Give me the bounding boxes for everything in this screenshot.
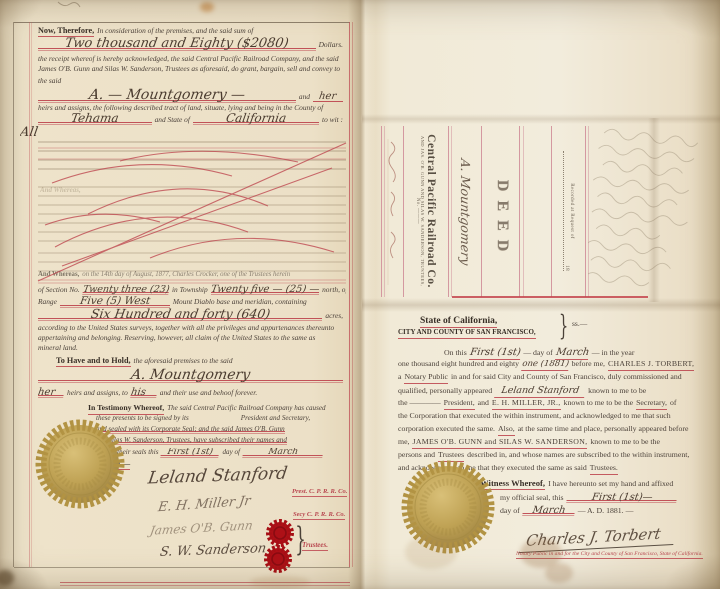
- notary-line-8: me, JAMES O'B. GUNN and SILAS W. SANDERS…: [398, 438, 704, 449]
- docket-deed-label: DEED: [493, 180, 511, 260]
- same-time-text: at the same time and place, personally a…: [518, 425, 689, 434]
- also-text: Also,: [498, 425, 515, 436]
- witness-year-text: — A. D. 1881. —: [578, 507, 634, 516]
- state-heading-text: State of California,: [420, 316, 497, 328]
- notary-line-3: a Notary Public in and for said City and…: [398, 373, 704, 384]
- docket-grantee-handwriting: A. Mountgomery: [459, 158, 474, 267]
- day-of-text: — day of: [523, 349, 552, 358]
- witness-day-of-text: day of: [500, 507, 520, 516]
- a-text: a: [398, 373, 401, 382]
- witness-text: I have hereunto set my hand and affixed: [548, 480, 673, 489]
- deed-scan: Now, Therefore, In consideration of the …: [0, 0, 720, 589]
- notary-line-7: corporation executed the same. Also, at …: [398, 425, 704, 436]
- county-heading: CITY AND COUNTY OF SAN FRANCISCO,: [398, 329, 568, 339]
- docket-rule: [403, 126, 404, 297]
- the-dash-text: the ————: [398, 399, 441, 408]
- secretary-text: Secretary,: [636, 399, 667, 410]
- docket-recorded-label: Recorded at Request of: [570, 183, 575, 239]
- before-me-text: before me,: [572, 360, 605, 369]
- me-text: me,: [398, 438, 409, 447]
- and-text: and: [478, 399, 489, 408]
- known-text: known to me to be: [588, 387, 646, 396]
- on-this-text: On this: [444, 349, 467, 358]
- ss-brace: }: [559, 310, 568, 342]
- gunn-sanderson-names: JAMES O'B. GUNN and SILAS W. SANDERSON,: [412, 438, 587, 449]
- notary-name: CHARLES J. TORBERT,: [608, 360, 694, 371]
- official-seal-text: my official seal, this: [500, 494, 564, 503]
- docket-deed-column: DEED: [485, 150, 519, 290]
- known-trustees-text: known to me to be the: [590, 438, 660, 447]
- described-text: described in, and whose names are subscr…: [467, 451, 689, 460]
- commissioned-text: in and for said City and County of San F…: [451, 373, 682, 382]
- year-words-text: one thousand eight hundred and eighty: [398, 360, 519, 369]
- docket-trustees-line: AND JAS. O'B. GUNN AND SILAS W. SANDERSO…: [420, 136, 425, 286]
- corporation-text: the Corporation that executed the within…: [398, 412, 671, 421]
- in-the-year-text: — in the year: [592, 349, 635, 358]
- notary-public-text: Notary Public: [404, 373, 448, 384]
- docket-rule: [451, 126, 452, 297]
- miller-name: E. H. MILLER, JR.,: [492, 399, 561, 410]
- docket-lot-column: [385, 134, 402, 290]
- county-heading-text: CITY AND COUNTY OF SAN FRANCISCO,: [398, 329, 536, 339]
- docket-handwriting-squiggle: [388, 137, 400, 287]
- docket-grantee-column: A. Mountgomery: [453, 138, 479, 286]
- stain-top: [200, 2, 214, 12]
- ss-label-line: ss.—: [572, 320, 612, 328]
- notary-line-6: the Corporation that executed the within…: [398, 412, 704, 421]
- docket-number-label: No. ———: [415, 198, 420, 224]
- state-heading: State of California,: [420, 316, 570, 328]
- witness-line-2: my official seal, this First (1st)—: [500, 492, 680, 503]
- stain-under-seal: [405, 535, 457, 569]
- trustees-word-2: Trustees.: [590, 464, 618, 475]
- stain-bottom-right-2: [545, 563, 573, 583]
- docket-company-column: Central Pacific Railroad Co. AND JAS. O'…: [406, 129, 446, 293]
- notary-line-4: qualified, personally appeared Leland St…: [398, 386, 704, 398]
- notary-month-handwriting: March: [555, 347, 590, 360]
- docket-rule: [519, 126, 520, 297]
- docket-rule: [585, 126, 586, 297]
- executed-same-text: corporation executed the same.: [398, 425, 495, 434]
- docket-company-name: Central Pacific Railroad Co.: [425, 134, 437, 288]
- docket-rule: [381, 126, 382, 297]
- docket-rule: [448, 126, 449, 297]
- known-secretary-text: known to me to be the: [564, 399, 634, 408]
- stanford-handwriting: Leland Stanford: [494, 386, 586, 398]
- docket-rule: [523, 126, 524, 297]
- witness-day-handwriting: First (1st)—: [566, 492, 678, 503]
- president-text: President,: [444, 399, 475, 410]
- docket-rule: [551, 126, 552, 297]
- notary-line-2: one thousand eight hundred and eighty on…: [398, 360, 704, 371]
- witness-month-handwriting: March: [522, 505, 576, 516]
- bleedthrough-scrawl: [588, 124, 720, 304]
- of-text: of: [670, 399, 677, 408]
- year-handwriting: one (1881): [521, 360, 569, 371]
- appeared-text: qualified, personally appeared: [398, 387, 492, 396]
- top-edge-writing-fragment: [58, 2, 80, 7]
- notary-line-5: the ———— President, and E. H. MILLER, JR…: [398, 399, 704, 410]
- witness-line-1: In Witness Whereof, I have hereunto set …: [470, 479, 704, 490]
- notary-line-1: On this First (1st) — day of March — in …: [444, 347, 704, 360]
- docket-record-year: 18: [564, 151, 570, 271]
- notary-day-handwriting: First (1st): [469, 347, 522, 360]
- docket-rule: [481, 126, 482, 297]
- stain-bottom-center: [250, 576, 310, 588]
- docket-record-column: Recorded at Request of 18: [554, 129, 584, 293]
- ss-label: ss.—: [572, 320, 587, 328]
- witness-line-3: day of March — A. D. 1881. —: [500, 505, 680, 516]
